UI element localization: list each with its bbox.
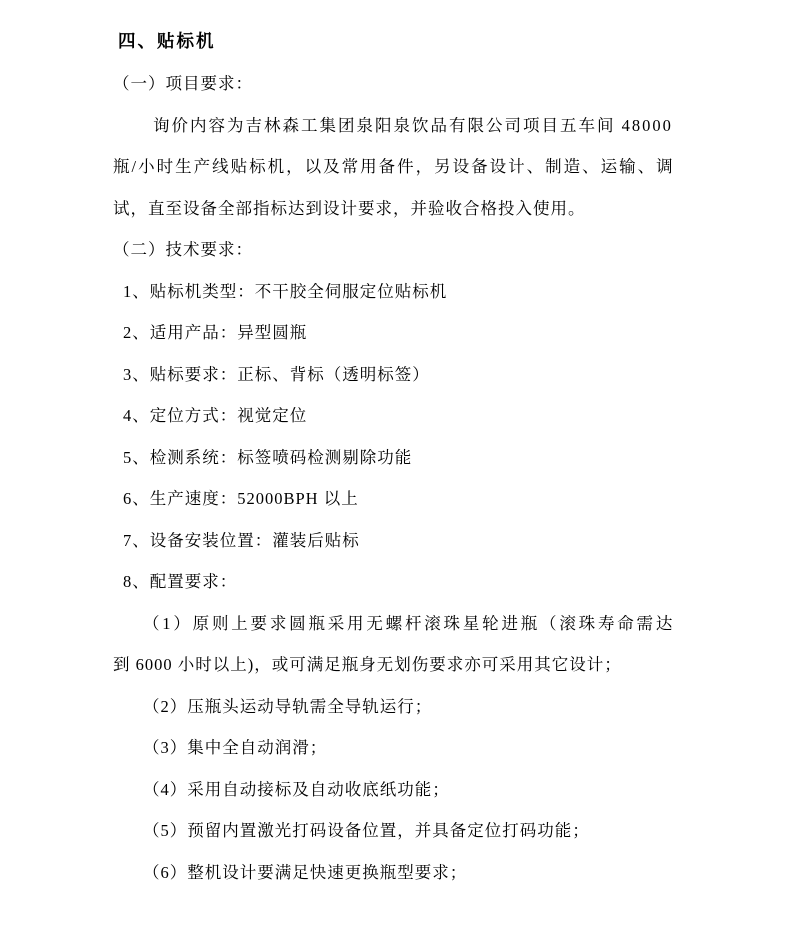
- config-item-2: （2）压瓶头运动导轨需全导轨运行；: [0, 684, 790, 726]
- config-item-5: （5）预留内置激光打码设备位置，并具备定位打码功能；: [0, 809, 790, 851]
- section1-paragraph-line2: 瓶/小时生产线贴标机，以及常用备件，另设备设计、制造、运输、调: [0, 145, 790, 187]
- config-item-1-line1: （1）原则上要求圆瓶采用无螺杆滚珠星轮进瓶（滚珠寿命需达: [0, 601, 790, 643]
- tech-item-8: 8、配置要求：: [0, 560, 790, 602]
- tech-item-7: 7、设备安装位置：灌装后贴标: [0, 518, 790, 560]
- tech-item-3: 3、贴标要求：正标、背标（透明标签）: [0, 352, 790, 394]
- tech-item-6: 6、生产速度：52000BPH 以上: [0, 477, 790, 519]
- document-content: 四、贴标机 （一）项目要求： 询价内容为吉林森工集团泉阳泉饮品有限公司项目五车间…: [0, 0, 790, 892]
- section1-paragraph-line1: 询价内容为吉林森工集团泉阳泉饮品有限公司项目五车间 48000: [0, 103, 790, 145]
- doc-title: 四、贴标机: [0, 20, 790, 62]
- tech-item-1: 1、贴标机类型：不干胶全伺服定位贴标机: [0, 269, 790, 311]
- section1-paragraph-line3: 试，直至设备全部指标达到设计要求，并验收合格投入使用。: [0, 186, 790, 228]
- config-item-6: （6）整机设计要满足快速更换瓶型要求；: [0, 850, 790, 892]
- document-page: 四、贴标机 （一）项目要求： 询价内容为吉林森工集团泉阳泉饮品有限公司项目五车间…: [0, 0, 790, 932]
- section2-heading: （二）技术要求：: [0, 228, 790, 270]
- section1-heading: （一）项目要求：: [0, 62, 790, 104]
- tech-item-5: 5、检测系统：标签喷码检测剔除功能: [0, 435, 790, 477]
- tech-item-4: 4、定位方式：视觉定位: [0, 394, 790, 436]
- config-item-1-line2: 到 6000 小时以上)，或可满足瓶身无划伤要求亦可采用其它设计；: [0, 643, 790, 685]
- config-item-3: （3）集中全自动润滑；: [0, 726, 790, 768]
- tech-item-2: 2、适用产品：异型圆瓶: [0, 311, 790, 353]
- config-item-4: （4）采用自动接标及自动收底纸功能；: [0, 767, 790, 809]
